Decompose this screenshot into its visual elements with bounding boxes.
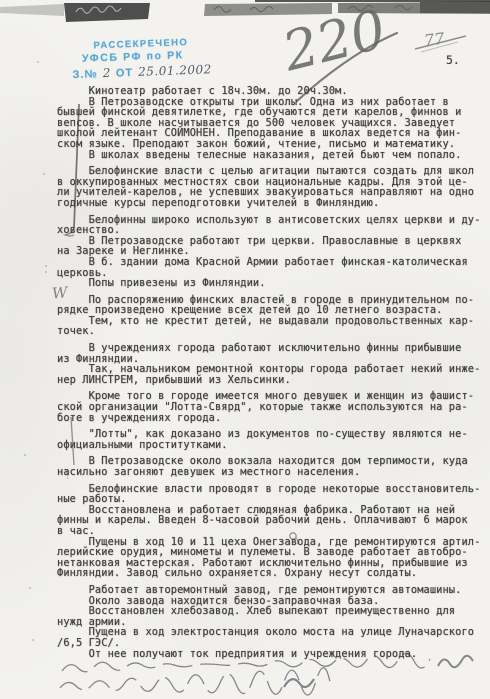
typed-page-number: 5. [446,53,460,67]
stamp-number-prefix: З.№ [72,68,98,81]
handwritten-page-number-large: 220 [278,2,391,79]
declassified-stamp: РАССЕКРЕЧЕНО УФСБ РФ по РК З.№ 2 ОТ 25.0… [71,35,252,81]
paragraph-finnish-officials: В учреждениях города работают исключител… [57,343,489,385]
stamp-handwritten-date: 25.01.2002 [138,62,212,79]
handwritten-number-crossed-out: 77 [423,29,446,50]
paragraph-forced-baptism: По распоряжению финских властей в городе… [57,295,489,337]
paragraph-restoration-works: Белофинские власти проводят в городе нек… [57,484,489,579]
paragraph-teacher-training: Белофинские власти с целью агитации пыта… [57,166,489,208]
stamp-ot-label: ОТ [116,67,134,80]
stamp-handwritten-number: 2 [102,66,111,80]
paragraph-churches: Белофинны широко используют в антисоветс… [57,215,489,289]
paragraph-cinema-and-schools: Кинотеатр работает с 18ч.30м. до 20ч.30м… [57,86,489,160]
paragraph-factories-and-power: Работает авторемонтный завод, где ремонт… [57,585,489,659]
paragraph-brothel: В Петрозаводске около вокзала находится … [57,456,489,477]
paragraph-lotta-svard: Кроме того в городе имеется много девуше… [57,391,489,423]
scanned-document-page: РАССЕКРЕЧЕНО УФСБ РФ по РК З.№ 2 ОТ 25.0… [0,0,490,699]
typed-report-body: Кинотеатр работает с 18ч.30м. до 20ч.30м… [57,86,489,665]
paragraph-lotta-note: "Лотты", как доказано из документов по-с… [57,429,489,450]
